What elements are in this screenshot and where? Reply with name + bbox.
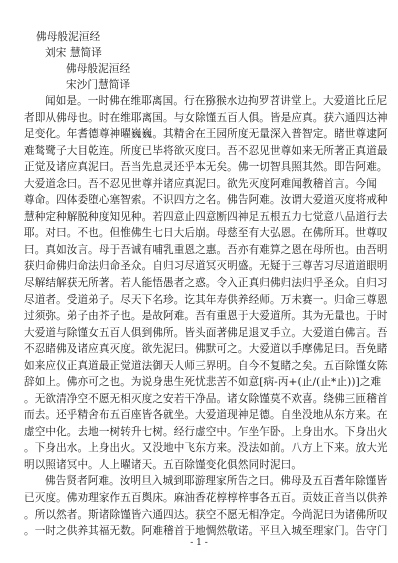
text-line: 辞如上。佛亦可之也。为说身患生死忧悲苦不如意[病-丙+(止/(止*止))]之难 (24, 375, 376, 390)
text-line: 过须弥。弟子由芥子也。是故阿难。吾有重恩于大爱道所。其为无量也。于时 (24, 309, 376, 324)
page-number: - 1 - (0, 537, 398, 549)
text-line: 如来应仪正真道最正觉道法御天人师三界明。自今不复睹之矣。五百除馑女陈 (24, 359, 376, 374)
text-line: 佛告贤者阿难。汝明旦入城到耶游理家所告之曰。佛母及五百耆年除馑皆 (45, 474, 376, 489)
text-line: 慧种定种解脱种度知见种。若四意止四意断四神足五根五力七觉意八品道行去 (24, 210, 376, 225)
text-line: 不忍睹佛及诸应真灭度。欲先泥曰。佛默可之。大爱道以手摩佛足曰。吾免睹 (24, 342, 376, 357)
document-subtitle: 佛母般泥洹经 (66, 62, 130, 77)
document-page: 佛母般泥洹经 刘宋 慧简译 佛母般泥洹经 宋沙门慧简译 闻如是。一时佛在维耶离国… (0, 0, 398, 563)
text-line: 而去。还乎精舍布五百座皆各就坐。大爱道现神足德。自坐没地从东方来。在 (24, 408, 376, 423)
text-line: 虚空中化。去地一树转升七树。经行虚空中。乍坐乍卧。上身出水。下身出火 (24, 425, 376, 440)
text-line: 曰。真如汝言。母于吾诚有哺乳重恩之惠。吾亦有难算之恩在母所也。由吾明 (24, 243, 376, 258)
text-line: 获归命佛归命法归命圣众。自归习尽道冥灭明盛。无疑于三尊苦习尽道道眼明 (24, 259, 376, 274)
text-line: 尊命。四体委堕心塞智索。不识四方之名。佛告阿难。汝谓大爱道灭度将戒种 (24, 193, 376, 208)
text-line: 正觉及诸应真泥曰。吾当先息灵还乎本无矣。佛一切智具照其然。即告阿难。 (24, 160, 376, 175)
text-line: 明以照诸冥中。人上曜诸天。五百除馑变化俱然同时泥曰。 (24, 458, 376, 473)
text-line: 者即从佛母也。时在维耶离国。与女除馑五百人俱。皆是应真。获六通四达神 (24, 111, 376, 126)
text-line: 耶。对曰。不也。但惟佛生七日大后崩。母慈至有大弘恩。在佛所耳。世尊叹 (24, 226, 376, 241)
text-line: 尽解结解获无所著。若人能悟愚者之惑。令入正真归佛归法归乎圣众。自归习 (24, 276, 376, 291)
text-line: 。无欲清净空不愿无相灭度之安若干净品。诸女除馑莫不欢喜。绕佛三匝稽首 (24, 392, 376, 407)
translator-line: 刘宋 慧简译 (45, 46, 102, 61)
text-line: 足变化。年耆德尊神曜巍巍。其精舍在王园所度无量深入普智定。睹世尊逮阿 (24, 127, 376, 142)
text-line: 。所以然者。斯诸除馑皆六通四达。获空不愿无相净定。今尚泥曰为诸佛所叹 (24, 508, 376, 523)
text-line: 尽道者。受道弟子。尽天下名珍。讫其年寿供养经师。万未赛一。归命三尊恩 (24, 293, 376, 308)
text-line: 闻如是。一时佛在维耶离国。行在猕猴水边拘罗苕讲堂上。大爱道比丘尼 (45, 94, 376, 109)
document-title: 佛母般泥洹经 (36, 30, 100, 45)
subtitle-translator: 宋沙门慧简译 (66, 78, 130, 93)
text-line: 难鹙鹭子大目乾连。所度已毕将欲灭度曰。吾不忍见世尊如来无所著正真道最 (24, 144, 376, 159)
text-line: 。下身出水。上身出火。又没地中飞东方来。没法如前。八方上下来。放大光 (24, 441, 376, 456)
text-line: 大爱道与除馑女五百人俱到佛所。皆头面著佛足退叉手立。大爱道白佛言。吾 (24, 326, 376, 341)
text-line: 大爱道念曰。吾不忍见世尊并诸应真泥曰。欲先灭度阿难闻教稽首言。今闻 (24, 177, 376, 192)
text-line: 已灭度。佛劝理家作五百舆床。麻油香花椁椁梓事各五百。贡妓正音当以供养 (24, 491, 376, 506)
